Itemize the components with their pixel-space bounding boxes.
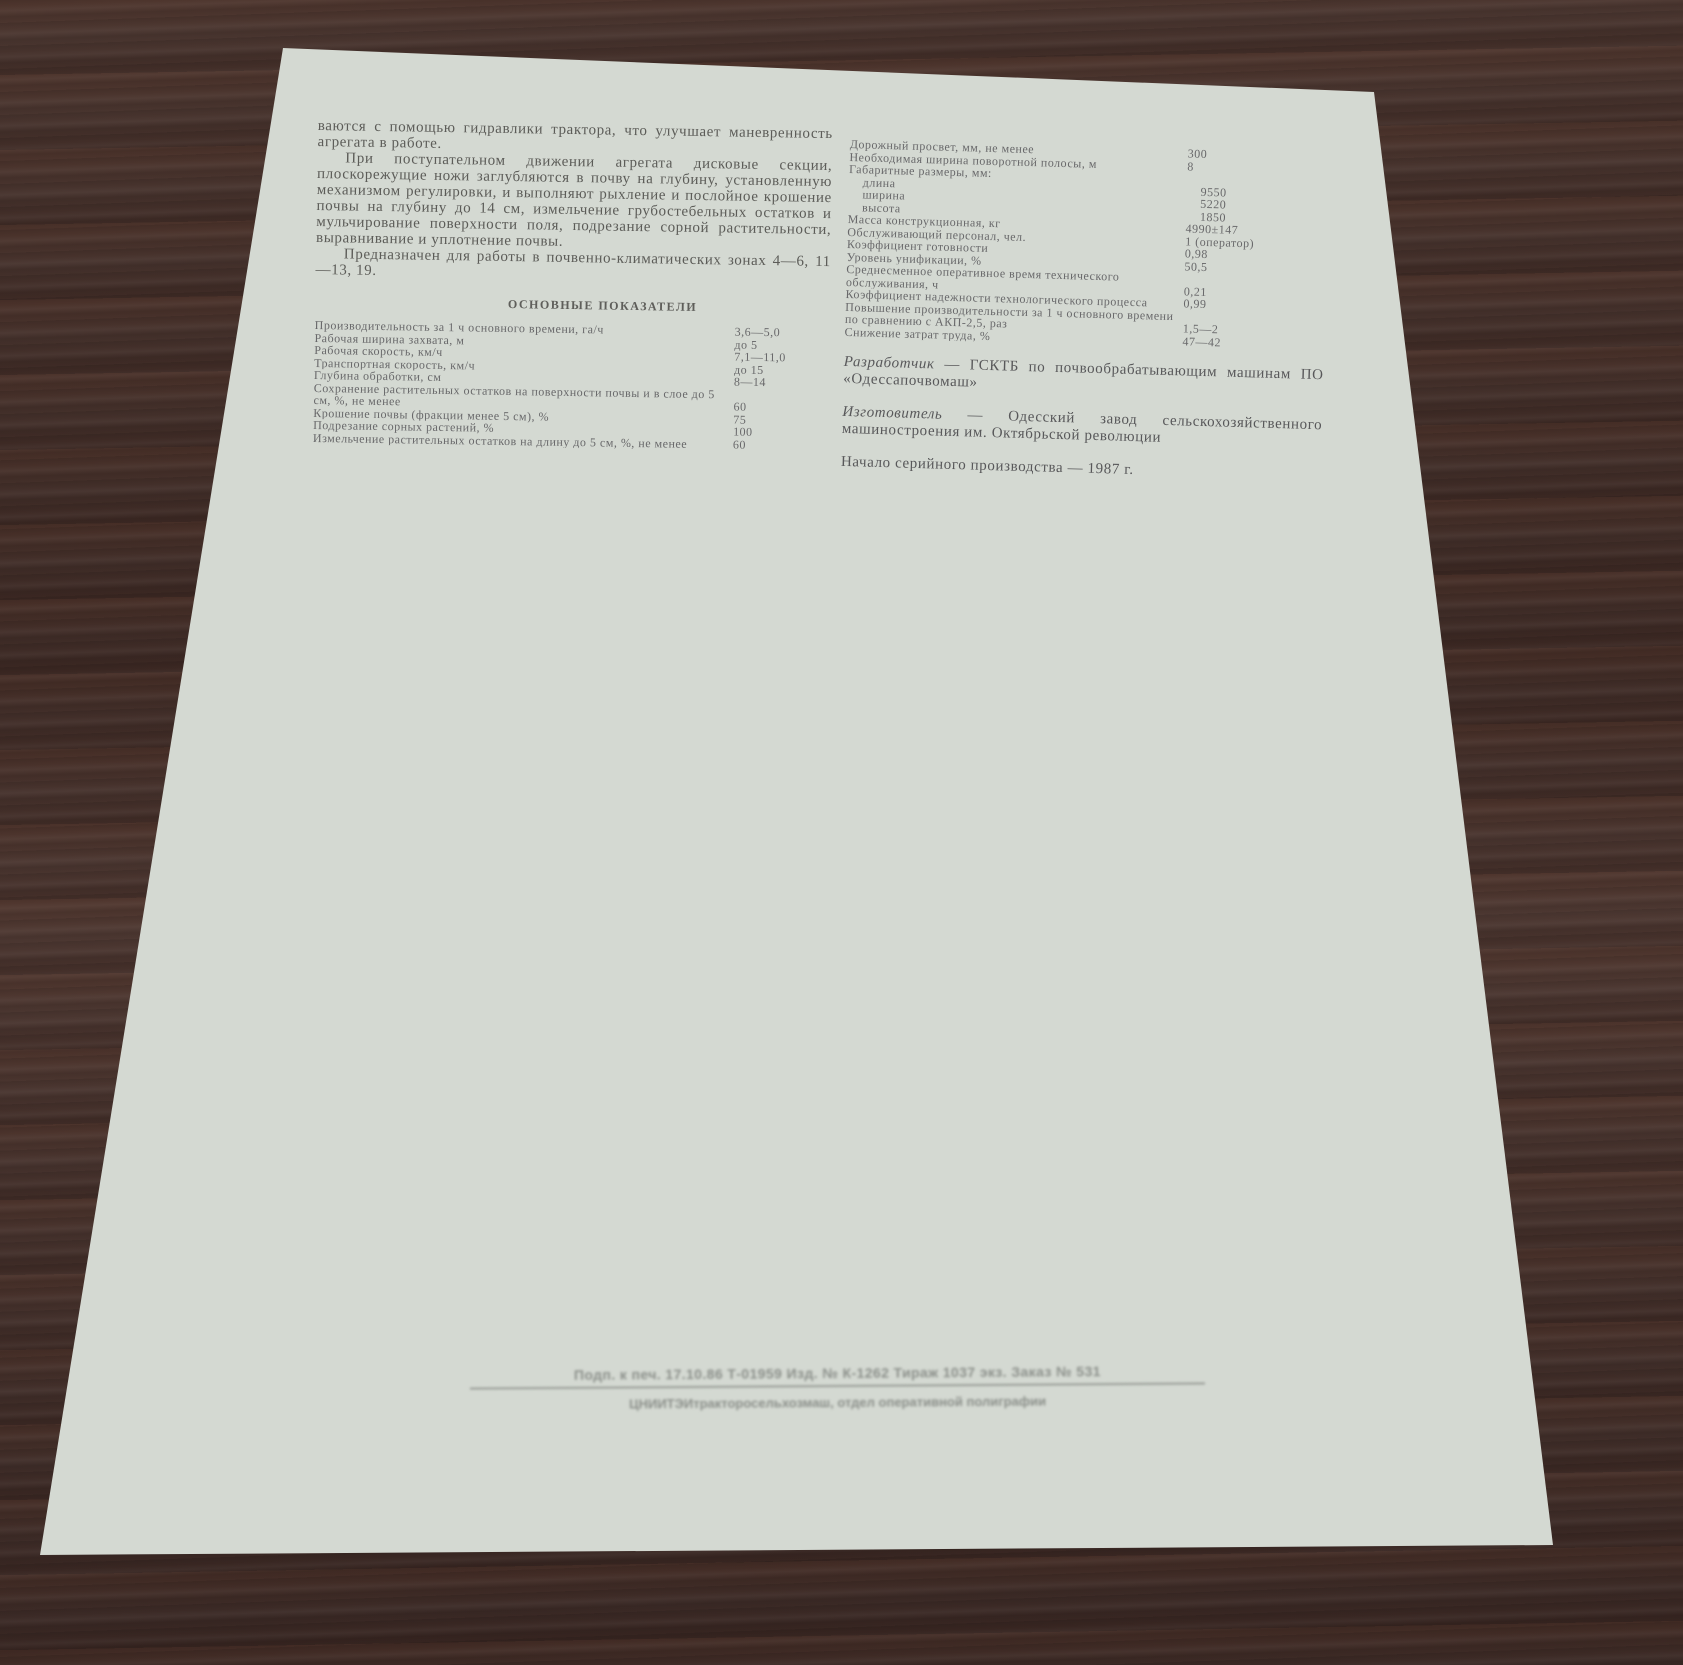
main-indicators-table: Производительность за 1 ч основного врем… [313,319,830,452]
spec-value: 8—14 [726,375,829,389]
section-title: ОСНОВНЫЕ ПОКАЗАТЕЛИ [375,295,830,317]
intro-paragraph-3: Предназначен для работы в почвенно-клима… [315,246,830,286]
document-page [0,0,1683,1665]
technical-specs-table: Дорожный просвет, мм, не менее300Необход… [844,138,1329,351]
left-column: ваются с помощью гидравлики трактора, чт… [313,118,833,452]
developer-note: Разработчик — ГСКТБ по почвообрабатывающ… [843,354,1324,401]
imprint-divider [470,1382,1205,1389]
developer-role: Разработчик [844,354,935,373]
spec-value: 60 [725,438,828,452]
intro-paragraph-2: При поступательном движении агрегата дис… [316,150,832,254]
print-imprint: Подп. к печ. 17.10.86 Т-01959 Изд. № К-1… [470,1362,1205,1412]
right-column: Дорожный просвет, мм, не менее300Необход… [841,138,1330,484]
manufacturer-role: Изготовитель [842,404,942,423]
manufacturer-note: Изготовитель — Одесский завод сельскохоз… [842,404,1323,451]
spec-value: 47—42 [1174,335,1302,351]
